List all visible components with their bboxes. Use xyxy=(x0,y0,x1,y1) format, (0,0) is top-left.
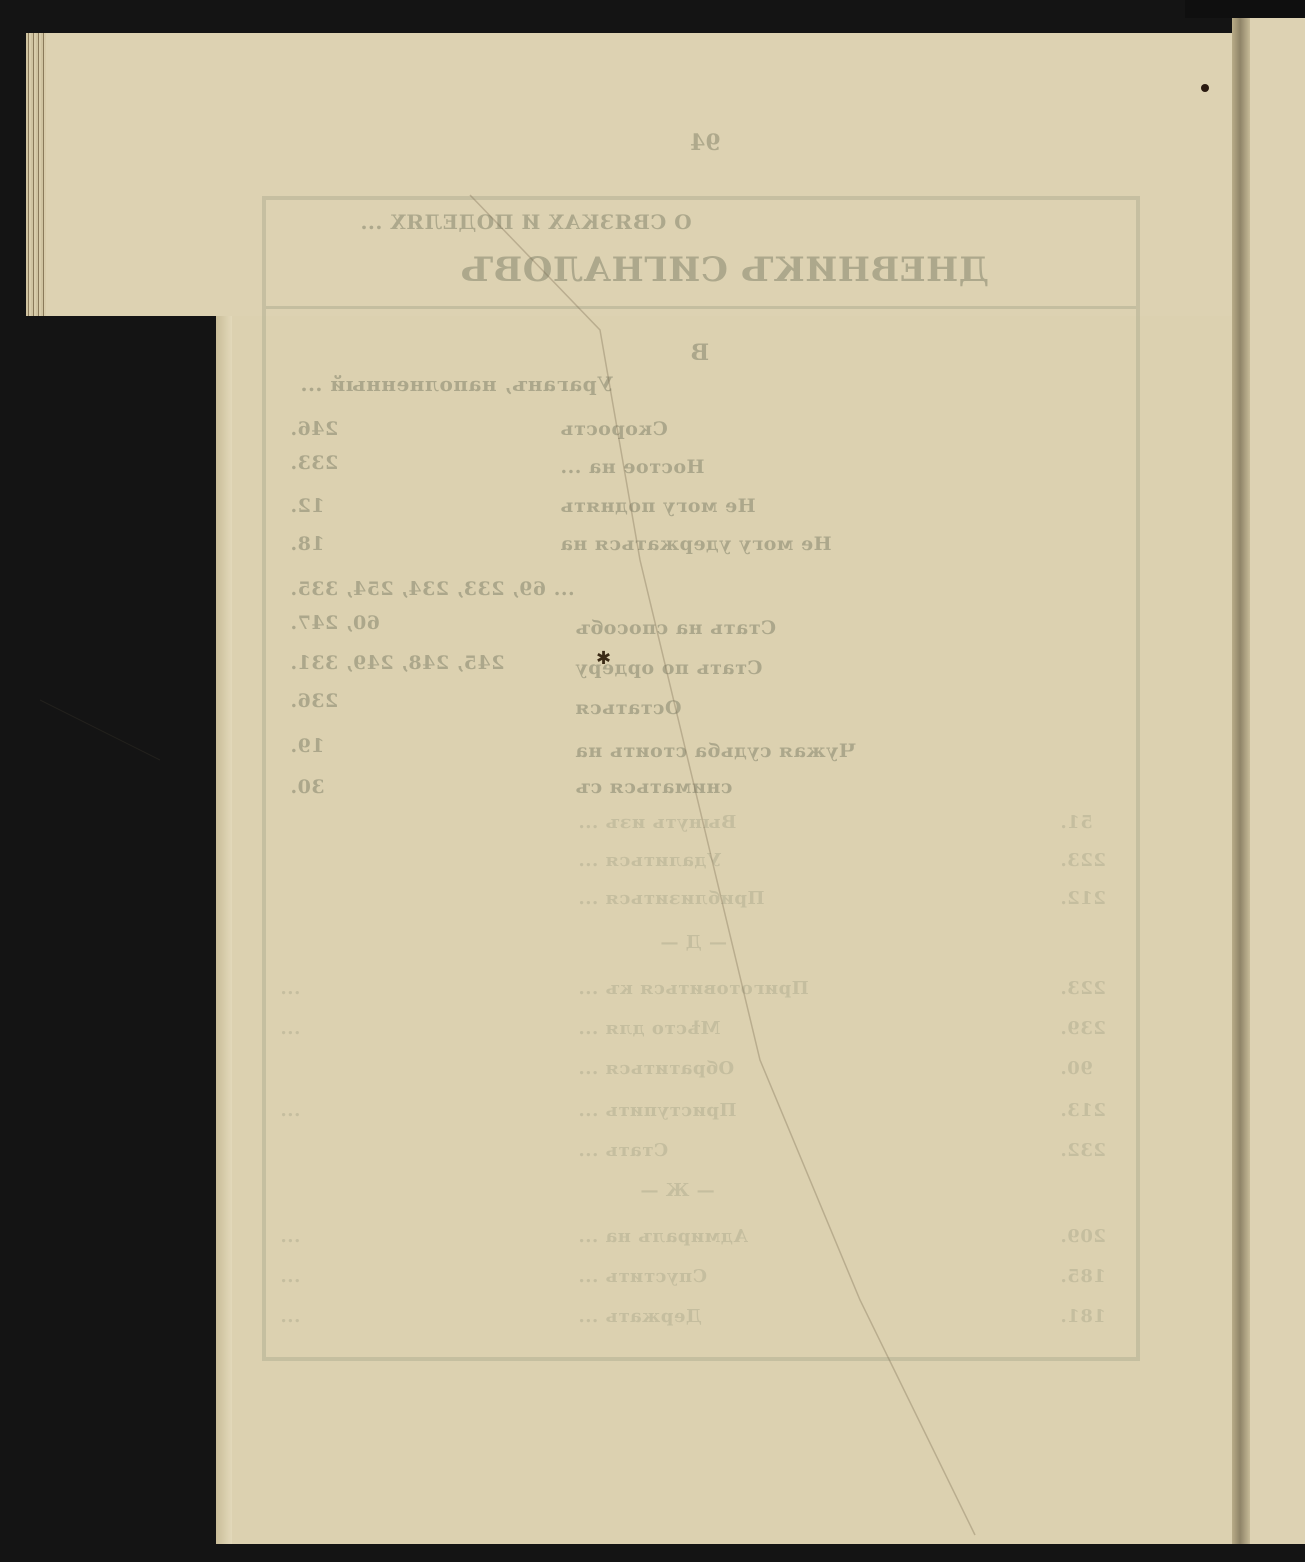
section-letter: В xyxy=(690,340,709,366)
text-line: Ураганъ, наполненный ... xyxy=(300,372,613,396)
text-line: Приготовиться къ ... xyxy=(578,978,809,999)
text-line: Стать ... xyxy=(578,1140,668,1161)
line-number: 51. xyxy=(1060,812,1093,833)
insect-speck-icon: ✱ xyxy=(596,648,611,669)
page-edges xyxy=(26,33,46,316)
line-number: 30. xyxy=(290,776,325,798)
text-line: Удалиться ... xyxy=(578,850,722,871)
text-line: Скорость xyxy=(560,418,668,440)
term: ... xyxy=(280,1306,300,1327)
term: ... xyxy=(280,1018,300,1039)
line-number: 181. xyxy=(1060,1306,1106,1327)
book-gutter xyxy=(1232,18,1250,1544)
facing-page-edge xyxy=(1250,18,1305,1544)
section-letter: — Ж — xyxy=(640,1180,715,1201)
scan-background-top xyxy=(1185,0,1305,18)
line-number: 18. xyxy=(290,533,325,555)
text-line: Не могу удержаться на xyxy=(560,533,832,555)
text-line: Стать на способъ xyxy=(575,617,776,639)
line-number: 232. xyxy=(1060,1140,1106,1161)
line-number: 223. xyxy=(1060,850,1106,871)
page-title: ДНЕВНИКЪ СИГНАЛОВЪ xyxy=(460,250,989,290)
line-number: 239. xyxy=(1060,1018,1106,1039)
text-line: Спустить ... xyxy=(578,1266,707,1287)
text-line: Вынуть изъ ... xyxy=(578,812,736,833)
line-number: 233. xyxy=(290,452,338,474)
term: ... xyxy=(280,1226,300,1247)
line-number: 213. xyxy=(1060,1100,1106,1121)
text-line: Остаться xyxy=(575,697,681,719)
line-number: 212. xyxy=(1060,888,1106,909)
text-line: сниматься съ xyxy=(575,776,732,798)
term: ... xyxy=(280,1266,300,1287)
term: ... xyxy=(280,1100,300,1121)
text-line: ... 69, 233, 234, 254, 335. xyxy=(290,578,575,600)
line-number: 12. xyxy=(290,495,325,517)
page-left-edge xyxy=(216,316,232,1544)
text-line: Чужая судьба стоить на xyxy=(575,740,856,762)
text-line: Не могу поднять xyxy=(560,495,756,517)
text-line: Приступить ... xyxy=(578,1100,737,1121)
line-number: 185. xyxy=(1060,1266,1106,1287)
text-line: Мѣсто для ... xyxy=(578,1018,721,1039)
term: ... xyxy=(280,978,300,999)
ink-spot xyxy=(1201,84,1209,92)
line-number: 60, 247. xyxy=(290,612,380,634)
line-number: 246. xyxy=(290,418,338,440)
header-rule xyxy=(266,306,1136,309)
line-number: 245, 248, 249, 331. xyxy=(290,652,504,674)
header-line: О СВЯЗКАХ И ПОДЕЛЯХ ... xyxy=(360,210,692,234)
text-line: Держать ... xyxy=(578,1306,702,1327)
text-line: Ностое на ... xyxy=(560,456,705,478)
text-line: Обратиться ... xyxy=(578,1058,734,1079)
page-number: 94 xyxy=(690,130,721,156)
line-number: 236. xyxy=(290,690,338,712)
text-line: Приблизиться ... xyxy=(578,888,765,909)
line-number: 90. xyxy=(1060,1058,1093,1079)
text-line: Адмиралъ на ... xyxy=(578,1226,748,1247)
line-number: 19. xyxy=(290,735,325,757)
line-number: 223. xyxy=(1060,978,1106,999)
line-number: 209. xyxy=(1060,1226,1106,1247)
section-letter: — Д — xyxy=(660,932,727,953)
